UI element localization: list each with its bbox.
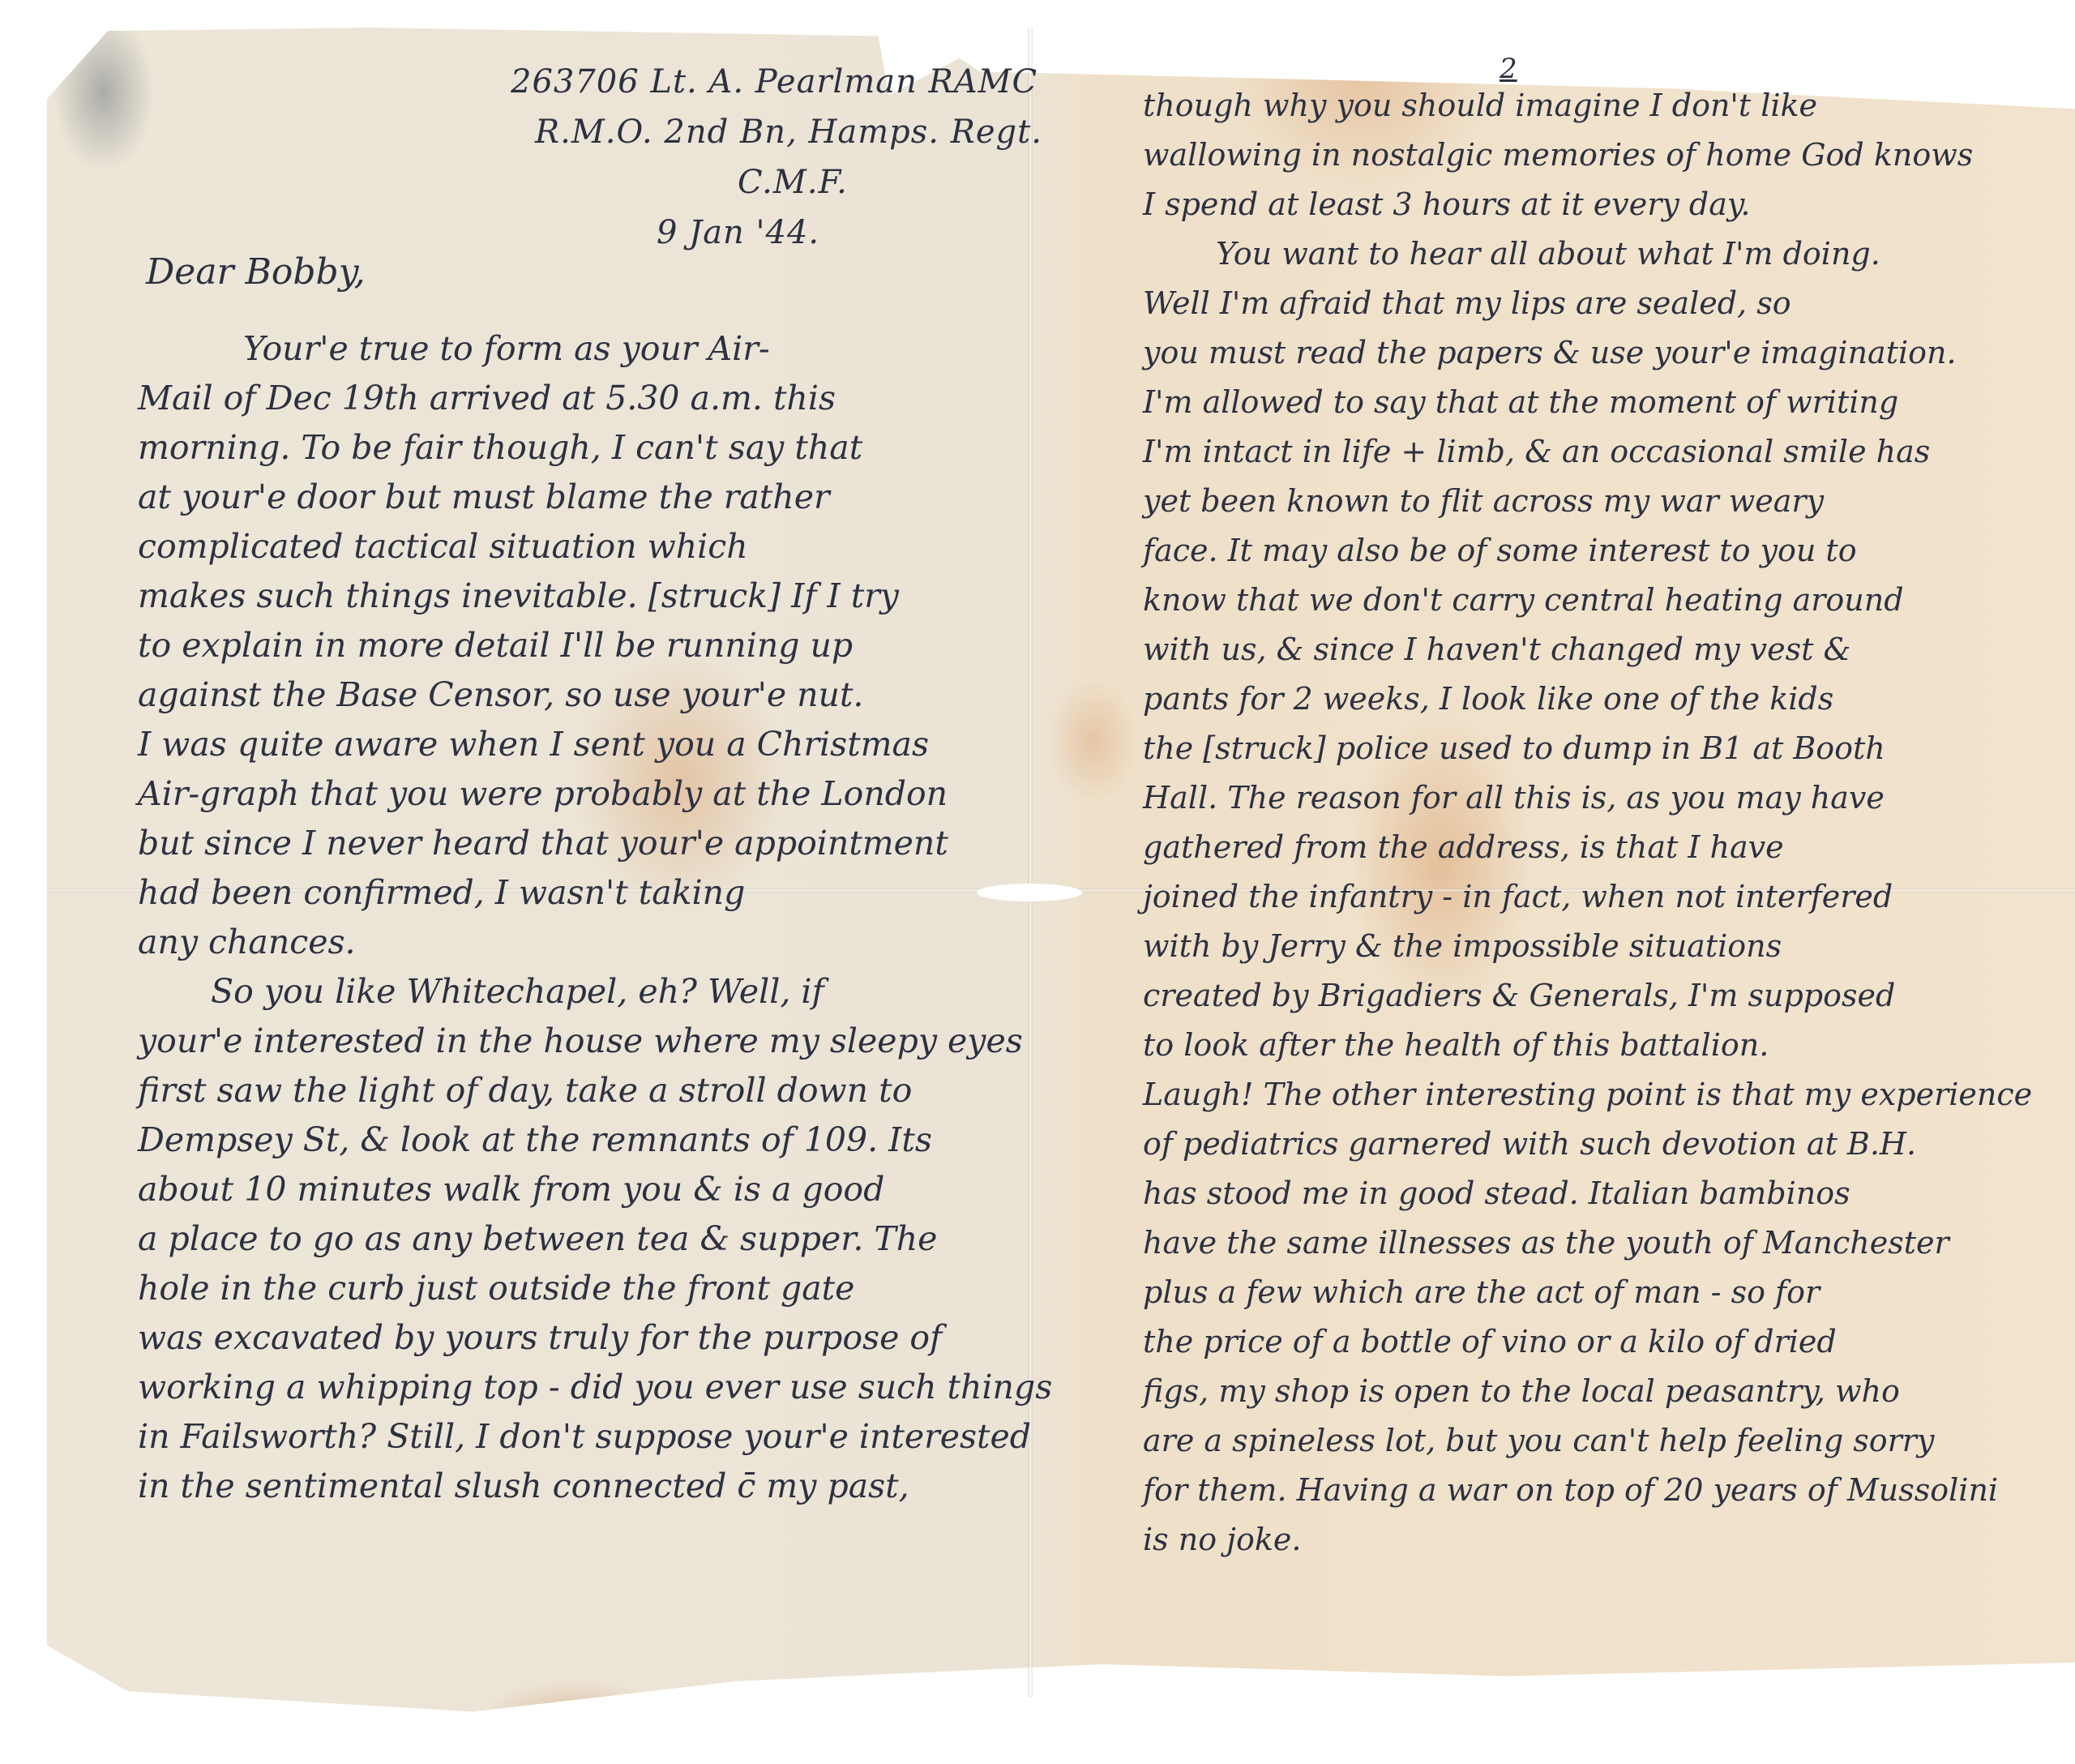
text-line: You want to hear all about what I'm doin…: [1143, 229, 2067, 279]
text-line: gathered from the address, is that I hav…: [1143, 823, 2067, 872]
text-line: against the Base Censor, so use your'e n…: [138, 670, 1046, 720]
text-line: makes such things inevitable. [struck] I…: [138, 572, 1046, 621]
text-line: working a whipping top - did you ever us…: [138, 1363, 1046, 1412]
text-line: about 10 minutes walk from you & is a go…: [138, 1165, 1046, 1214]
text-line: a place to go as any between tea & suppe…: [138, 1214, 1046, 1264]
text-line: I spend at least 3 hours at it every day…: [1143, 180, 2067, 229]
text-line: are a spineless lot, but you can't help …: [1143, 1416, 2067, 1466]
text-line: had been confirmed, I wasn't taking: [138, 868, 1046, 918]
text-line: have the same illnesses as the youth of …: [1143, 1218, 2067, 1268]
text-line: your'e interested in the house where my …: [138, 1017, 1046, 1066]
text-line: complicated tactical situation which: [138, 522, 1046, 572]
text-line: yet been known to flit across my war wea…: [1143, 477, 2067, 526]
text-line: figs, my shop is open to the local peasa…: [1143, 1367, 2067, 1416]
text-line: pants for 2 weeks, I look like one of th…: [1143, 674, 2067, 724]
salutation: Dear Bobby,: [146, 251, 366, 293]
text-line: was excavated by yours truly for the pur…: [138, 1313, 1046, 1363]
letter-body-page-1: Your'e true to form as your Air- Mail of…: [138, 324, 1046, 1511]
text-line: wallowing in nostalgic memories of home …: [1143, 131, 2067, 180]
text-line: the price of a bottle of vino or a kilo …: [1143, 1317, 2067, 1367]
text-line: has stood me in good stead. Italian bamb…: [1143, 1169, 2067, 1218]
sender-address: 263706 Lt. A. Pearlman RAMC R.M.O. 2nd B…: [511, 57, 1029, 258]
text-line: though why you should imagine I don't li…: [1143, 81, 2067, 131]
page-number: 2: [1500, 53, 1517, 85]
text-line: Well I'm afraid that my lips are sealed,…: [1143, 279, 2067, 328]
text-line: know that we don't carry central heating…: [1143, 576, 2067, 625]
text-line: plus a few which are the act of man - so…: [1143, 1268, 2067, 1317]
text-line: first saw the light of day, take a strol…: [138, 1066, 1046, 1115]
text-line: Your'e true to form as your Air-: [138, 324, 1046, 374]
text-line: you must read the papers & use your'e im…: [1143, 328, 2067, 378]
text-line: Air-graph that you were probably at the …: [138, 769, 1046, 819]
text-line: with us, & since I haven't changed my ve…: [1143, 625, 2067, 674]
text-line: in the sentimental slush connected c̄ my…: [138, 1462, 1046, 1511]
text-line: Hall. The reason for all this is, as you…: [1143, 773, 2067, 823]
service-number-name: 263706 Lt. A. Pearlman RAMC: [511, 57, 1029, 107]
text-line: Laugh! The other interesting point is th…: [1143, 1070, 2067, 1120]
text-line: with by Jerry & the impossible situation…: [1143, 922, 2067, 971]
text-line: of pediatrics garnered with such devotio…: [1143, 1120, 2067, 1169]
text-line: So you like Whitechapel, eh? Well, if: [138, 967, 1046, 1017]
text-line: created by Brigadiers & Generals, I'm su…: [1143, 971, 2067, 1021]
text-line: any chances.: [138, 918, 1046, 967]
text-line: hole in the curb just outside the front …: [138, 1264, 1046, 1313]
force-line: C.M.F.: [511, 157, 1029, 208]
letter-body-page-2: though why you should imagine I don't li…: [1143, 81, 2067, 1565]
text-line: in Failsworth? Still, I don't suppose yo…: [138, 1412, 1046, 1462]
text-line: Mail of Dec 19th arrived at 5.30 a.m. th…: [138, 374, 1046, 423]
letter-date: 9 Jan '44.: [511, 208, 1029, 258]
text-line: at your'e door but must blame the rather: [138, 473, 1046, 522]
text-line: for them. Having a war on top of 20 year…: [1143, 1466, 2067, 1515]
text-line: I'm allowed to say that at the moment of…: [1143, 378, 2067, 427]
text-line: to look after the health of this battali…: [1143, 1021, 2067, 1070]
text-line: but since I never heard that your'e appo…: [138, 819, 1046, 868]
text-line: joined the infantry - in fact, when not …: [1143, 872, 2067, 922]
text-line: to explain in more detail I'll be runnin…: [138, 621, 1046, 670]
text-line: Dempsey St, & look at the remnants of 10…: [138, 1115, 1046, 1165]
text-line: the [struck] police used to dump in B1 a…: [1143, 724, 2067, 773]
text-line: is no joke.: [1143, 1515, 2067, 1565]
text-line: face. It may also be of some interest to…: [1143, 526, 2067, 576]
unit-line: R.M.O. 2nd Bn, Hamps. Regt.: [511, 107, 1029, 157]
text-line: morning. To be fair though, I can't say …: [138, 423, 1046, 473]
text-line: I'm intact in life + limb, & an occasion…: [1143, 427, 2067, 477]
text-line: I was quite aware when I sent you a Chri…: [138, 720, 1046, 769]
